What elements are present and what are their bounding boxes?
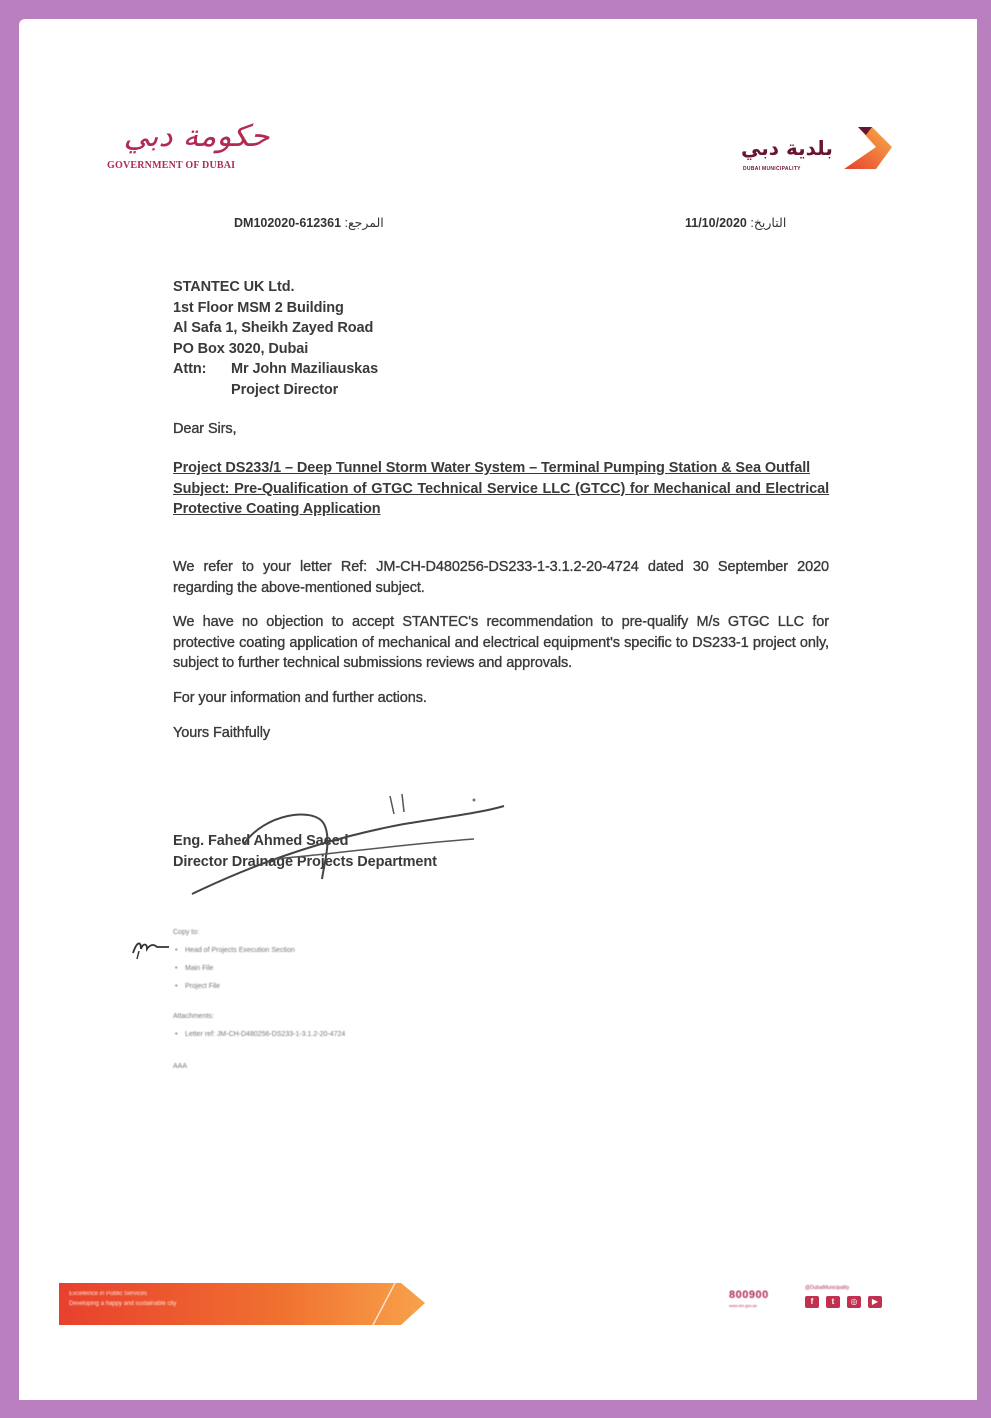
footer-contact: 800900 www.dm.gov.ae @DubaiMunicipality … <box>729 1281 909 1321</box>
copy-to-list: Copy to: Head of Projects Execution Sect… <box>173 924 345 1076</box>
project-title: Project DS233/1 – Deep Tunnel Storm Wate… <box>173 458 829 479</box>
banner-line: Developing a happy and sustainable city <box>69 1299 176 1309</box>
dm-logo-english: DUBAI MUNICIPALITY <box>743 166 801 172</box>
social-icons: f t ◎ ▶ <box>805 1296 882 1308</box>
dm-arrow-mark-icon <box>836 123 896 173</box>
subject-title: Subject: Pre-Qualification of GTGC Techn… <box>173 479 829 520</box>
date-value: 11/10/2020 <box>685 216 747 230</box>
hotline-number: 800900 <box>729 1289 769 1301</box>
instagram-icon[interactable]: ◎ <box>847 1296 861 1308</box>
body-paragraph: We have no objection to accept STANTEC's… <box>173 612 829 674</box>
attn-label: Attn: <box>173 359 231 380</box>
date-label: :التاريخ <box>750 216 786 230</box>
initials: AAA <box>173 1058 345 1076</box>
closing: Yours Faithfully <box>173 723 829 744</box>
letter-page: حكومة دبي GOVERNMENT OF DUBAI بلدية دبي … <box>19 19 977 1400</box>
attn-name: Mr John Maziliauskas <box>231 359 378 380</box>
youtube-icon[interactable]: ▶ <box>868 1296 882 1308</box>
copy-to-item: Head of Projects Execution Section <box>185 942 345 960</box>
reference-number: DM102020-612361 :المرجع <box>234 215 384 230</box>
address-line: Al Safa 1, Sheikh Zayed Road <box>173 318 378 339</box>
handwritten-signature-icon <box>174 784 514 904</box>
body-paragraph: For your information and further actions… <box>173 688 829 709</box>
letter-date: 11/10/2020 :التاريخ <box>685 215 786 230</box>
facebook-icon[interactable]: f <box>805 1296 819 1308</box>
recipient-company: STANTEC UK Ltd. <box>173 277 378 298</box>
gov-logo-english: GOVERNMENT OF DUBAI <box>107 160 235 171</box>
attachments-label: Attachments: <box>173 1008 345 1026</box>
government-of-dubai-logo: حكومة دبي GOVERNMENT OF DUBAI <box>107 119 277 179</box>
subject-block: Project DS233/1 – Deep Tunnel Storm Wate… <box>173 458 829 520</box>
copy-to-item: Project File <box>185 978 345 996</box>
hotline-sub: www.dm.gov.ae <box>729 1303 757 1308</box>
gov-logo-arabic: حكومة دبي <box>124 119 270 154</box>
copy-to-item: Main File <box>185 960 345 978</box>
address-line: PO Box 3020, Dubai <box>173 339 378 360</box>
reference-label: :المرجع <box>345 216 384 230</box>
recipient-address: STANTEC UK Ltd. 1st Floor MSM 2 Building… <box>173 277 378 400</box>
dubai-municipality-logo: بلدية دبي DUBAI MUNICIPALITY <box>741 123 901 183</box>
copy-to-label: Copy to: <box>173 924 345 942</box>
address-line: 1st Floor MSM 2 Building <box>173 298 378 319</box>
attn-title: Project Director <box>231 380 338 401</box>
dm-logo-arabic: بلدية دبي <box>741 136 833 160</box>
twitter-icon[interactable]: t <box>826 1296 840 1308</box>
banner-line: Excellence in Public Services <box>69 1289 176 1299</box>
salutation: Dear Sirs, <box>173 419 236 440</box>
initials-signature-icon <box>131 937 171 959</box>
attachment-item: Letter ref: JM-CH-D480256-DS233-1-3.1.2-… <box>185 1026 345 1044</box>
reference-value: DM102020-612361 <box>234 216 341 230</box>
body-paragraph: We refer to your letter Ref: JM-CH-D4802… <box>173 557 829 598</box>
social-handle: @DubaiMunicipality <box>805 1285 849 1291</box>
footer-banner-text: Excellence in Public Services Developing… <box>69 1289 176 1309</box>
